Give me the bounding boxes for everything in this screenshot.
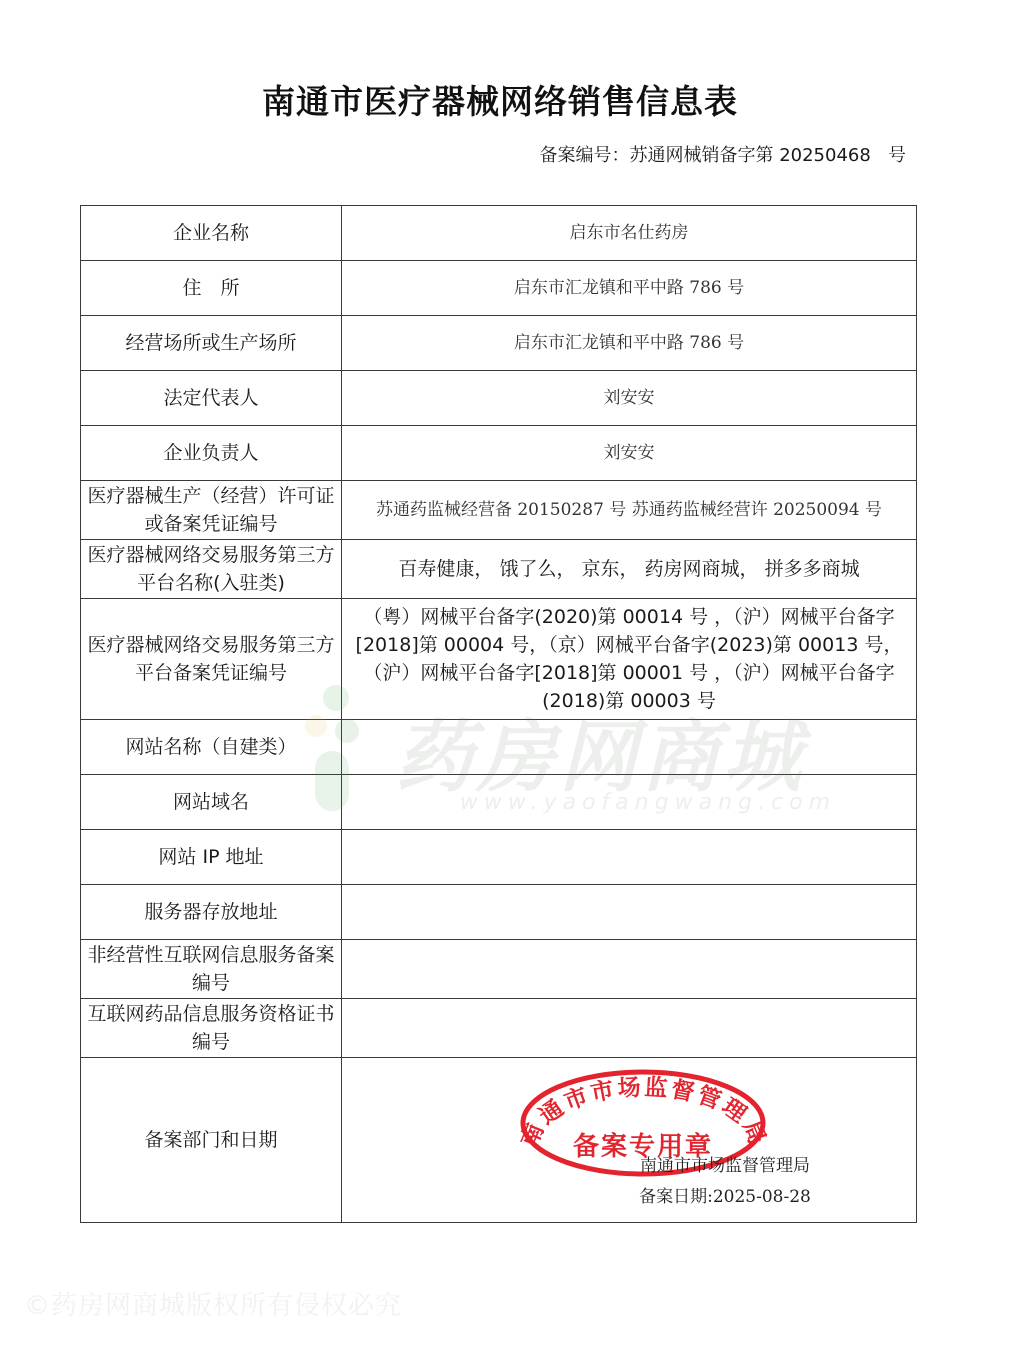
row-label-platform-names: 医疗器械网络交易服务第三方平台名称(入驻类) bbox=[81, 540, 342, 599]
row-label-person-in-charge: 企业负责人 bbox=[81, 426, 342, 481]
row-value-company-name: 启东市名仕药房 bbox=[342, 206, 917, 261]
row-label-domicile: 住 所 bbox=[81, 261, 342, 316]
row-label-server-location: 服务器存放地址 bbox=[81, 885, 342, 940]
table-row: 经营场所或生产场所 启东市汇龙镇和平中路 786 号 bbox=[81, 316, 917, 371]
row-value-license-number: 苏通药监械经营备 20150287 号 苏通药监械经营许 20250094 号 bbox=[342, 481, 917, 540]
table-row: 企业名称 启东市名仕药房 bbox=[81, 206, 917, 261]
table-row: 互联网药品信息服务资格证书编号 bbox=[81, 999, 917, 1058]
table-row: 网站 IP 地址 bbox=[81, 830, 917, 885]
row-value-drug-info-certificate bbox=[342, 999, 917, 1058]
row-value-website-ip bbox=[342, 830, 917, 885]
row-label-license-number: 医疗器械生产（经营）许可证或备案凭证编号 bbox=[81, 481, 342, 540]
table-row: 网站域名 bbox=[81, 775, 917, 830]
row-value-website-domain bbox=[342, 775, 917, 830]
info-table: 企业名称 启东市名仕药房 住 所 启东市汇龙镇和平中路 786 号 经营场所或生… bbox=[80, 205, 917, 1223]
page-title: 南通市医疗器械网络销售信息表 bbox=[0, 76, 1000, 123]
row-label-platform-record-numbers: 医疗器械网络交易服务第三方平台备案凭证编号 bbox=[81, 599, 342, 720]
table-row: 网站名称（自建类） bbox=[81, 720, 917, 775]
copyright-watermark: ©药房网商城版权所有侵权必究 bbox=[24, 1285, 402, 1322]
table-row: 法定代表人 刘安安 bbox=[81, 371, 917, 426]
row-value-legal-representative: 刘安安 bbox=[342, 371, 917, 426]
record-number: 备案编号：苏通网械销备字第 20250468 号 bbox=[539, 141, 906, 167]
filing-department: 南通市市场监督管理局 bbox=[600, 1151, 850, 1182]
table-row: 医疗器械网络交易服务第三方平台名称(入驻类) 百寿健康， 饿了么， 京东， 药房… bbox=[81, 540, 917, 599]
table-row: 非经营性互联网信息服务备案编号 bbox=[81, 940, 917, 999]
row-value-domicile: 启东市汇龙镇和平中路 786 号 bbox=[342, 261, 917, 316]
filing-date: 备案日期:2025-08-28 bbox=[600, 1182, 850, 1213]
table-row: 住 所 启东市汇龙镇和平中路 786 号 bbox=[81, 261, 917, 316]
row-value-business-premises: 启东市汇龙镇和平中路 786 号 bbox=[342, 316, 917, 371]
row-value-platform-names: 百寿健康， 饿了么， 京东， 药房网商城， 拼多多商城 bbox=[342, 540, 917, 599]
row-label-icp-record: 非经营性互联网信息服务备案编号 bbox=[81, 940, 342, 999]
row-label-filing-department-date: 备案部门和日期 bbox=[81, 1058, 342, 1223]
row-value-website-name bbox=[342, 720, 917, 775]
row-label-website-ip: 网站 IP 地址 bbox=[81, 830, 342, 885]
row-label-company-name: 企业名称 bbox=[81, 206, 342, 261]
row-value-person-in-charge: 刘安安 bbox=[342, 426, 917, 481]
row-label-website-name: 网站名称（自建类） bbox=[81, 720, 342, 775]
row-value-server-location bbox=[342, 885, 917, 940]
row-label-website-domain: 网站域名 bbox=[81, 775, 342, 830]
row-value-platform-record-numbers: （粤）网械平台备字(2020)第 00014 号 ，（沪）网械平台备字[2018… bbox=[342, 599, 917, 720]
filing-info: 南通市市场监督管理局 备案日期:2025-08-28 bbox=[600, 1151, 850, 1213]
row-label-legal-representative: 法定代表人 bbox=[81, 371, 342, 426]
table-row: 医疗器械网络交易服务第三方平台备案凭证编号 （粤）网械平台备字(2020)第 0… bbox=[81, 599, 917, 720]
row-label-business-premises: 经营场所或生产场所 bbox=[81, 316, 342, 371]
row-label-drug-info-certificate: 互联网药品信息服务资格证书编号 bbox=[81, 999, 342, 1058]
table-row: 医疗器械生产（经营）许可证或备案凭证编号 苏通药监械经营备 20150287 号… bbox=[81, 481, 917, 540]
table-row: 企业负责人 刘安安 bbox=[81, 426, 917, 481]
row-value-icp-record bbox=[342, 940, 917, 999]
table-row: 服务器存放地址 bbox=[81, 885, 917, 940]
